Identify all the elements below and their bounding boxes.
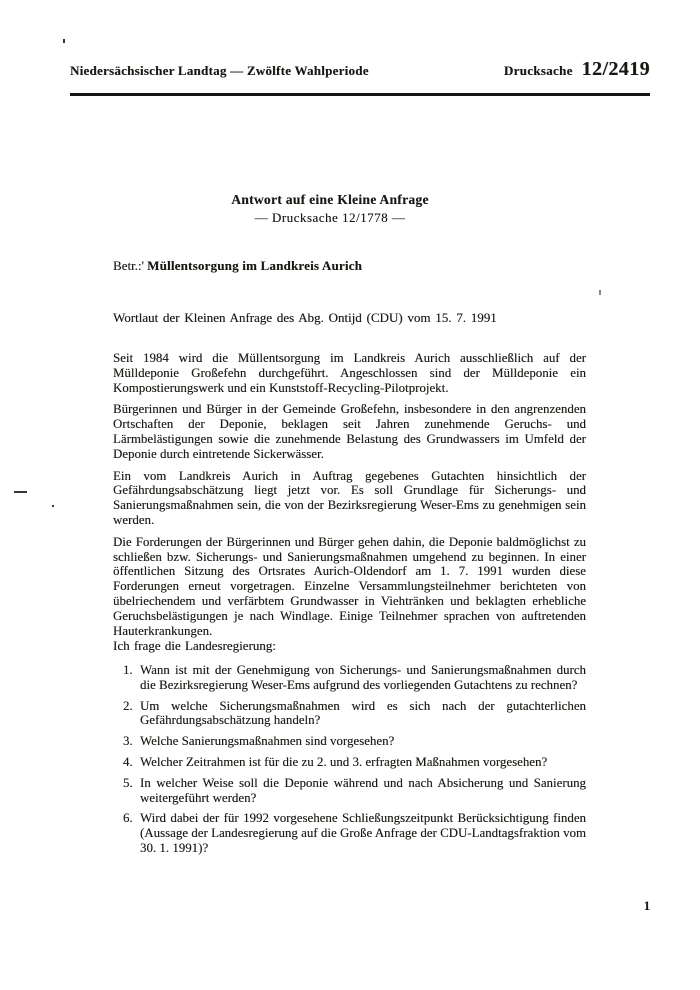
page-number: 1 — [600, 899, 650, 914]
question-item: 3. Welche Sanierungsmaßnahmen sind vorge… — [113, 734, 586, 749]
question-number: 1. — [123, 663, 140, 693]
question-text: Wird dabei der für 1992 vorgesehene Schl… — [140, 811, 586, 855]
question-text: Wann ist mit der Genehmigung von Sicheru… — [140, 663, 586, 693]
question-text: In welcher Weise soll die Deponie währen… — [140, 776, 586, 806]
question-item: 2. Um welche Sicherungsmaßnahmen wird es… — [113, 699, 586, 729]
scan-speck — [599, 290, 601, 295]
question-item: 1. Wann ist mit der Genehmigung von Sich… — [113, 663, 586, 693]
paragraph: Seit 1984 wird die Müllentsorgung im Lan… — [113, 351, 586, 395]
drucksache-label: Drucksache — [504, 63, 573, 79]
question-intro: Ich frage die Landesregierung: — [113, 638, 586, 654]
document-header: Niedersächsischer Landtag — Zwölfte Wahl… — [70, 58, 650, 81]
question-number: 4. — [123, 755, 140, 770]
subject-text: Müllentsorgung im Landkreis Aurich — [147, 258, 362, 273]
parliament-title: Niedersächsischer Landtag — Zwölfte Wahl… — [70, 63, 369, 79]
body-paragraphs: Seit 1984 wird die Müllentsorgung im Lan… — [113, 351, 586, 645]
question-number: 2. — [123, 699, 140, 729]
question-wording-line: Wortlaut der Kleinen Anfrage des Abg. On… — [113, 310, 593, 326]
questions-section: Ich frage die Landesregierung: 1. Wann i… — [113, 638, 586, 862]
question-item: 5. In welcher Weise soll die Deponie wäh… — [113, 776, 586, 806]
document-title-block: Antwort auf eine Kleine Anfrage — Drucks… — [70, 191, 590, 226]
question-number: 3. — [123, 734, 140, 749]
question-text: Um welche Sicherungsmaßnahmen wird es si… — [140, 699, 586, 729]
question-item: 4. Welcher Zeitrahmen ist für die zu 2. … — [113, 755, 586, 770]
margin-dash — [14, 491, 27, 493]
drucksache-reference: Drucksache 12/2419 — [504, 58, 650, 81]
scan-speck — [52, 505, 54, 507]
referenced-drucksache: — Drucksache 12/1778 — — [70, 209, 590, 227]
answer-title: Antwort auf eine Kleine Anfrage — [70, 191, 590, 209]
question-number: 6. — [123, 811, 140, 855]
header-rule — [70, 93, 650, 96]
drucksache-number: 12/2419 — [582, 58, 650, 81]
question-item: 6. Wird dabei der für 1992 vorgesehene S… — [113, 811, 586, 855]
question-text: Welche Sanierungsmaßnahmen sind vorgeseh… — [140, 734, 586, 749]
scan-speck — [63, 39, 65, 43]
subject-label: Betr.:' — [113, 258, 144, 273]
question-text: Welcher Zeitrahmen ist für die zu 2. und… — [140, 755, 586, 770]
question-number: 5. — [123, 776, 140, 806]
paragraph: Bürgerinnen und Bürger in der Gemeinde G… — [113, 402, 586, 461]
paragraph: Die Forderungen der Bürgerinnen und Bürg… — [113, 535, 586, 639]
paragraph: Ein vom Landkreis Aurich in Auftrag gege… — [113, 469, 586, 528]
subject-line: Betr.:' Müllentsorgung im Landkreis Auri… — [113, 258, 588, 274]
document-page: Niedersächsischer Landtag — Zwölfte Wahl… — [0, 0, 700, 990]
